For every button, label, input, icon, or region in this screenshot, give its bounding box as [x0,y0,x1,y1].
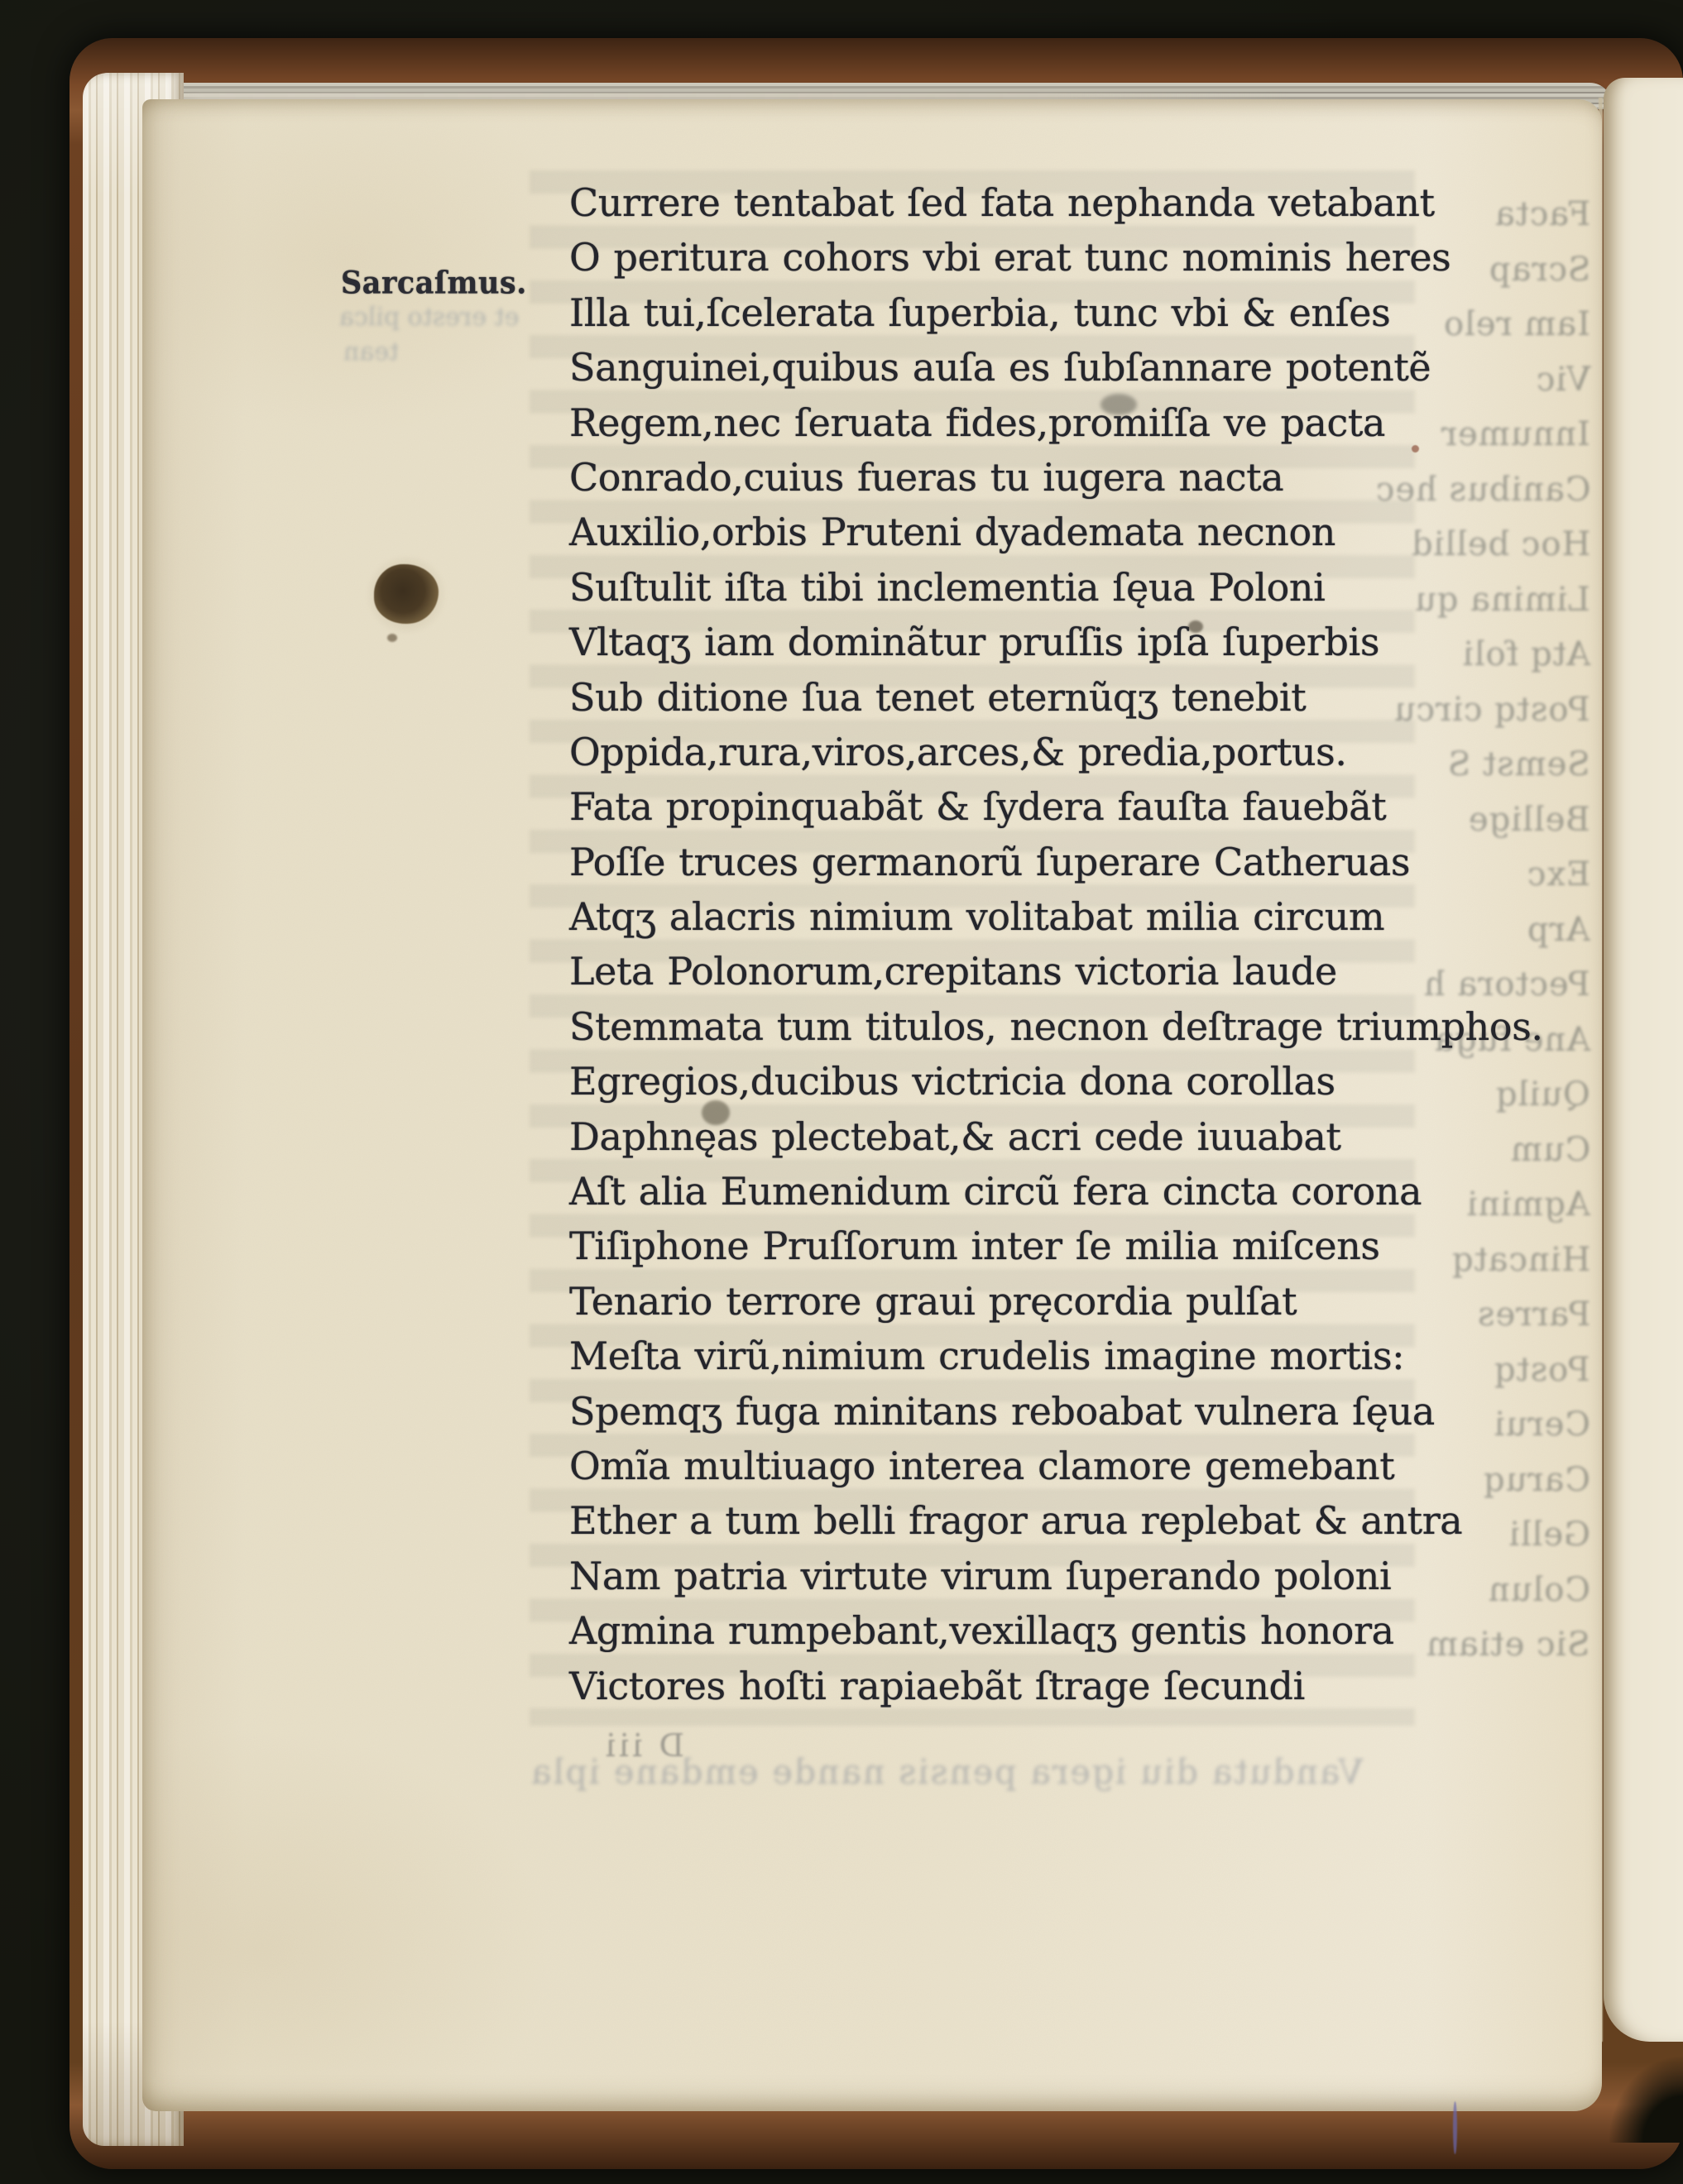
poem-line: Atqʒ alacris nimium volitabat milia circ… [569,889,1479,944]
poem-line: Spemqʒ fuga minitans reboabat vulnera ſę… [569,1384,1479,1439]
facing-leaf-edge [1604,78,1683,2042]
ghost-fragment: Atq foli [1462,635,1590,673]
poem-line: Victores hoſti rapiaebãt ſtrage ſecundi [569,1659,1479,1713]
book-photograph: FactaScrapIam reloVicInnumerCanibus hecH… [0,0,1683,2184]
poem-line: Stemmata tum titulos, necnon deſtrage tr… [569,999,1479,1054]
paper-speck [1188,620,1203,633]
poem-line: Egregios,ducibus victricia dona corollas [569,1054,1479,1109]
poem-line: Vltaqʒ iam dominãtur pruſſis ipſa ſuperb… [569,615,1479,669]
ghost-fragment: Agmini [1466,1185,1590,1224]
poem-line: Ether a tum belli fragor arua replebat &… [569,1493,1479,1548]
poem-line: O peritura cohors vbi erat tunc nominis … [569,230,1479,285]
poem-line: Omĩa multiuago interea clamore gemebant [569,1439,1479,1493]
ghost-fragment: Scrap [1489,251,1590,289]
paper-speck [387,634,397,642]
poem-line: Sub ditione ſua tenet eternũqʒ tenebit [569,670,1479,725]
paper-speck [1100,394,1137,415]
ghost-bottom-line: Vanduta diu igera pensis nande emdane ip… [530,1752,1363,1792]
ink-blot [374,564,439,624]
poem: Currere tentabat ſed fata nephanda vetab… [569,175,1479,1713]
ghost-fragment: Bellige [1468,801,1590,839]
poem-line: Sanguinei,quibus auſa es ſubſannare pote… [569,340,1479,395]
poem-line: Oppida,rura,viros,arces,& predia,portus. [569,725,1479,779]
paper-speck [702,1100,730,1125]
ghost-fragment: Caruq [1483,1461,1590,1499]
ghost-fragment: Quilq [1495,1075,1590,1114]
poem-line: Poſſe truces germanorũ ſuperare Catherua… [569,835,1479,889]
ghost-fragment: Postq [1494,1351,1590,1389]
ghost-fragment: Vic [1536,361,1590,399]
ghost-fragment: Parres [1477,1296,1590,1334]
ghost-fragment: Cum [1510,1131,1590,1169]
ghost-fragment: Facta [1494,195,1590,233]
ghost-fragment: Exc [1527,855,1590,893]
ghost-fragment-margin: et eresto pilca [339,303,519,332]
ghost-fragment: Colun [1488,1571,1590,1609]
poem-line: Auxilio,orbis Pruteni dyademata necnon [569,505,1479,559]
ghost-fragment: Arp [1527,911,1590,949]
poem-line: Currere tentabat ſed fata nephanda vetab… [569,175,1479,230]
poem-line: Tenario terrore graui pręcordia pulſat [569,1274,1479,1329]
poem-line: Fata propinquabãt & ſydera fauſta fauebã… [569,779,1479,834]
ghost-fragment: Gelli [1508,1516,1590,1554]
paper-speck [1453,2101,1457,2154]
poem-line: Illa tui,ſcelerata ſuperbia, tunc vbi & … [569,285,1479,340]
marginal-note: Sarcaſmus. [341,266,527,301]
poem-line: Suſtulit iſta tibi inclementia ſęua Polo… [569,560,1479,615]
poem-line: Aſt alia Eumenidum circũ fera cincta cor… [569,1164,1479,1219]
ghost-fragment-margin: tean [343,338,399,366]
poem-line: Leta Polonorum,crepitans victoria laude [569,944,1479,999]
gutter-corner-shadow [1572,1985,1683,2143]
poem-line: Meſta virũ,nimium crudelis imagine morti… [569,1329,1479,1383]
poem-line: Tiſiphone Pruſſorum inter ſe milia miſce… [569,1219,1479,1273]
poem-line: Nam patria virtute virum ſuperando polon… [569,1549,1479,1603]
poem-line: Agmina rumpebant,vexillaqʒ gentis honora [569,1603,1479,1658]
poem-line: Conrado,cuius fueras tu iugera nacta [569,450,1479,505]
paper-speck [1412,445,1419,453]
ghost-fragment: Cerui [1494,1406,1590,1444]
poem-line: Regem,nec ſeruata fides,promiſſa ve pact… [569,395,1479,450]
